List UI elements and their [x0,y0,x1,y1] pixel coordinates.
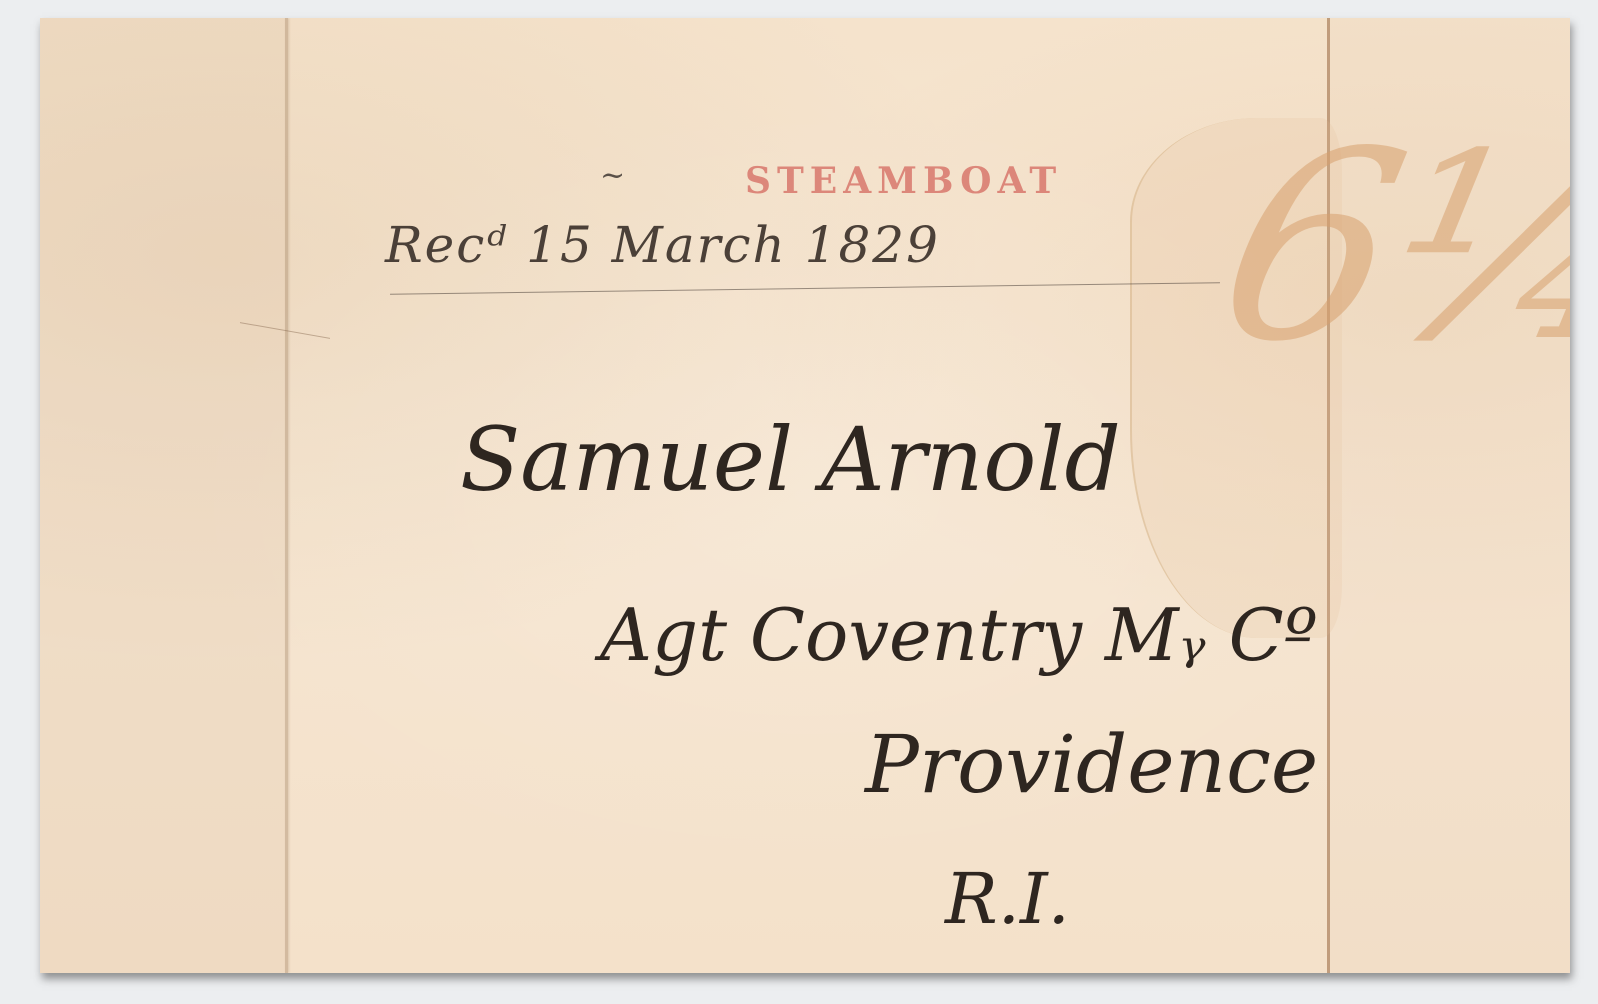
address-city: Providence [865,718,1318,811]
letter-cover: ~ STEAMBOAT Recᵈ 15 March 1829 6¼ Samuel… [40,18,1570,973]
manuscript-rate-marking: 6¼ [1202,118,1570,378]
docket-underline [390,282,1220,295]
docket-mark: ~ [600,158,625,193]
steamboat-handstamp: STEAMBOAT [745,160,1062,202]
addressee-name: Samuel Arnold [460,408,1121,511]
left-fold-crease [285,18,288,973]
addressee-company: Agt Coventry Mᵧ Cº [600,593,1318,677]
received-docket: Recᵈ 15 March 1829 [385,216,940,274]
address-state: R.I. [945,858,1070,940]
left-fold-panel [40,18,285,973]
